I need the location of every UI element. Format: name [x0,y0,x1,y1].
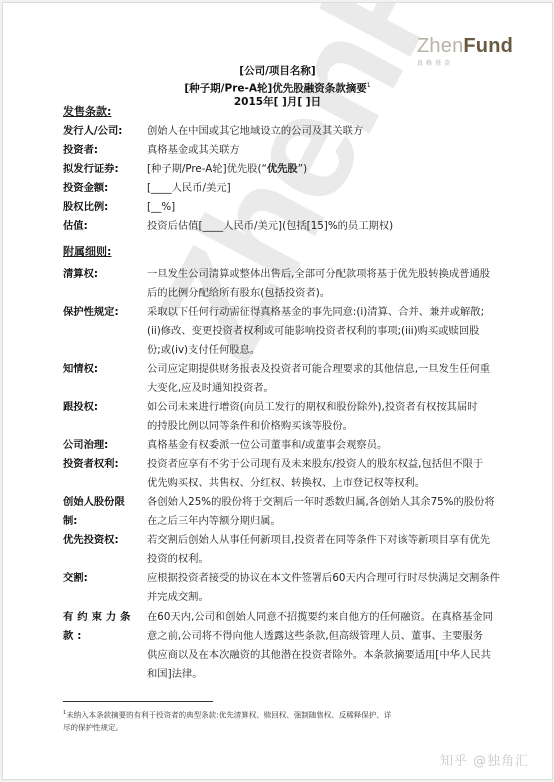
term-label: 估值: [63,217,147,236]
term-value: 公司应定期提供财务报表及投资者可能合理要求的其他信息,一旦发生任何重 大变化,应… [147,360,533,398]
logo-zhen: Zhen [417,35,463,57]
term-line: 大变化,应及时通知投资者。 [147,379,533,398]
term-line: 供应商以及在本次融资的其他潜在投资者除外。本条款摘要适用[中华人民共 [147,646,533,665]
term-binding: 有约束力条 款: 在60天内,公司和创始人同意不招揽要约来自他方的任何融资。在真… [63,608,533,684]
term-information-rights: 知情权: 公司应定期提供财务报表及投资者可能合理要求的其他信息,一旦发生任何重 … [63,360,533,398]
term-governance: 公司治理: 真格基金有权委派一位公司董事和/或董事会观察员。 [63,436,533,455]
term-label: 跟投权: [63,398,147,436]
term-label: 知情权: [63,360,147,398]
term-amount: 投资金额: [____人民币/美元] [63,179,533,198]
term-issuer: 发行人/公司: 创始人在中国或其它地域设立的公司及其关联方 [63,122,533,141]
term-line: 采取以下任何行动需征得真格基金的事先同意:(i)清算、合并、兼并或解散; [147,303,533,322]
term-line: 在之后三年内等额分期归属。 [147,512,533,531]
footnote: 1未纳入本条款摘要的有利于投资者的典型条款:优先清算权、赎回权、强制随售权、反稀… [63,707,463,734]
zhihu-source-watermark: 知乎 @独角汇 [440,750,529,769]
term-line: 一旦发生公司清算或整体出售后,全部可分配款项将基于优先股转换成普通股 [147,265,533,284]
term-label: 投资金额: [63,179,147,198]
term-value: 真格基金或其关联方 [147,141,533,160]
term-value: 真格基金有权委派一位公司董事和/或董事会观察员。 [147,436,533,455]
term-line: 如公司未来进行增资(向员工发行的期权和股份除外),投资者有权按其届时 [147,398,533,417]
term-line: 份;或(iv)支付任何股息。 [147,341,533,360]
document-page: ZhenFund ZhenFund 真格基金 [公司/项目名称] [种子期/Pr… [2,2,553,780]
term-value: 投资后估值[____人民币/美元](包括[15]%的员工期权) [147,217,533,236]
term-label-line: 制: [63,512,147,531]
term-label-line: 款: [63,627,147,646]
term-value: 如公司未来进行增资(向员工发行的期权和股份除外),投资者有权按其届时 的持股比例… [147,398,533,436]
footnote-line: 尽的保护性规定。 [63,722,463,734]
term-value: 创始人在中国或其它地域设立的公司及其关联方 [147,122,533,141]
term-label: 投资者权利: [63,455,147,493]
term-liquidation: 清算权: 一旦发生公司清算或整体出售后,全部可分配款项将基于优先股转换成普通股 … [63,265,533,303]
zhenfund-logo: ZhenFund 真格基金 [417,36,513,67]
term-line: 真格基金有权委派一位公司董事和/或董事会观察员。 [147,436,533,455]
term-line: (ii)修改、变更投资者权利或可能影响投资者权利的事项;(iii)购买或赎回股 [147,322,533,341]
term-investor-rights: 投资者权利: 投资者应享有不劣于公司现有及未来股东/投资人的股东权益,包括但不限… [63,455,533,493]
term-closing: 交割: 应根据投资者接受的协议在本文件签署后60天内合理可行时尽快满足交割条件 … [63,569,533,607]
term-label: 清算权: [63,265,147,303]
term-label: 发行人/公司: [63,122,147,141]
title-company: [公司/项目名称] [3,65,552,79]
term-line: 和国]法律。 [147,665,533,684]
term-line: 意之前,公司将不得向他人透露这些条款,但高级管理人员、董事、主要服务 [147,627,533,646]
footnote-line: 1未纳入本条款摘要的有利于投资者的典型条款:优先清算权、赎回权、强制随售权、反稀… [63,707,463,722]
ancillary-terms-heading: 附属细则: [63,243,111,259]
term-line: 若交割后创始人从事任何新项目,投资者在同等条件下对该等新项目享有优先 [147,531,533,550]
term-line: 投资的权利。 [147,550,533,569]
term-value: [__%] [147,198,533,217]
term-value: 在60天内,公司和创始人同意不招揽要约来自他方的任何融资。在真格基金同 意之前,… [147,608,533,684]
term-valuation: 估值: 投资后估值[____人民币/美元](包括[15]%的员工期权) [63,217,533,236]
footnote-text: 未纳入本条款摘要的有利于投资者的典型条款:优先清算权、赎回权、强制随售权、反稀释… [66,711,391,720]
term-label: 股权比例: [63,198,147,217]
title-termsheet: [种子期/Pre-A轮]优先股融资条款摘要1 [3,79,552,96]
term-value-prefix: [种子期/Pre-A轮]优先股(“ [147,163,267,175]
term-protective: 保护性规定: 采取以下任何行动需征得真格基金的事先同意:(i)清算、合并、兼并或… [63,303,533,360]
footnote-ref: 1 [367,82,371,89]
logo-wordmark: ZhenFund [417,36,513,56]
term-securities: 拟发行证券: [种子期/Pre-A轮]优先股(“优先股”) [63,160,533,179]
term-founder-vesting: 创始人股份限 制: 各创始人25%的股份将于交割后一年时悉数归属,各创始人其余7… [63,493,533,531]
term-value: 投资者应享有不劣于公司现有及未来股东/投资人的股东权益,包括但不限于 优先购买权… [147,455,533,493]
term-line: 各创始人25%的股份将于交割后一年时悉数归属,各创始人其余75%的股份将 [147,493,533,512]
term-value: [____人民币/美元] [147,179,533,198]
term-label-line: 有约束力条 [63,608,147,627]
term-line: 并完成交割。 [147,588,533,607]
term-value: 各创始人25%的股份将于交割后一年时悉数归属,各创始人其余75%的股份将 在之后… [147,493,533,531]
term-line: 应根据投资者接受的协议在本文件签署后60天内合理可行时尽快满足交割条件 [147,569,533,588]
footnote-divider [63,701,213,702]
term-value: [种子期/Pre-A轮]优先股(“优先股”) [147,160,533,179]
term-line: 优先购买权、共售权、分红权、转换权、上市登记权等权利。 [147,474,533,493]
term-value-suffix: ”) [298,163,307,175]
offering-terms-heading: 发售条款: [63,103,111,119]
term-line: 公司应定期提供财务报表及投资者可能合理要求的其他信息,一旦发生任何重 [147,360,533,379]
term-label: 优先投资权: [63,531,147,569]
term-label: 保护性规定: [63,303,147,360]
term-priority-investment: 优先投资权: 若交割后创始人从事任何新项目,投资者在同等条件下对该等新项目享有优… [63,531,533,569]
term-line: 投资者应享有不劣于公司现有及未来股东/投资人的股东权益,包括但不限于 [147,455,533,474]
term-value: 应根据投资者接受的协议在本文件签署后60天内合理可行时尽快满足交割条件 并完成交… [147,569,533,607]
term-label: 公司治理: [63,436,147,455]
term-value: 采取以下任何行动需征得真格基金的事先同意:(i)清算、合并、兼并或解散; (ii… [147,303,533,360]
term-label: 有约束力条 款: [63,608,147,684]
term-label-line: 创始人股份限 [63,493,147,512]
term-label: 创始人股份限 制: [63,493,147,531]
term-line: 后的比例分配给所有股东(包括投资者)。 [147,284,533,303]
term-line: 的持股比例以同等条件和价格购买该等股份。 [147,417,533,436]
term-equity-ratio: 股权比例: [__%] [63,198,533,217]
term-investor: 投资者: 真格基金或其关联方 [63,141,533,160]
term-value-bold: 优先股 [267,163,298,175]
term-line: 在60天内,公司和创始人同意不招揽要约来自他方的任何融资。在真格基金同 [147,608,533,627]
term-label: 投资者: [63,141,147,160]
term-label: 拟发行证券: [63,160,147,179]
term-pro-rata: 跟投权: 如公司未来进行增资(向员工发行的期权和股份除外),投资者有权按其届时 … [63,398,533,436]
term-value: 若交割后创始人从事任何新项目,投资者在同等条件下对该等新项目享有优先 投资的权利… [147,531,533,569]
logo-fund: Fund [463,35,513,57]
term-value: 一旦发生公司清算或整体出售后,全部可分配款项将基于优先股转换成普通股 后的比例分… [147,265,533,303]
term-label: 交割: [63,569,147,607]
title-termsheet-text: [种子期/Pre-A轮]优先股融资条款摘要 [184,82,366,94]
